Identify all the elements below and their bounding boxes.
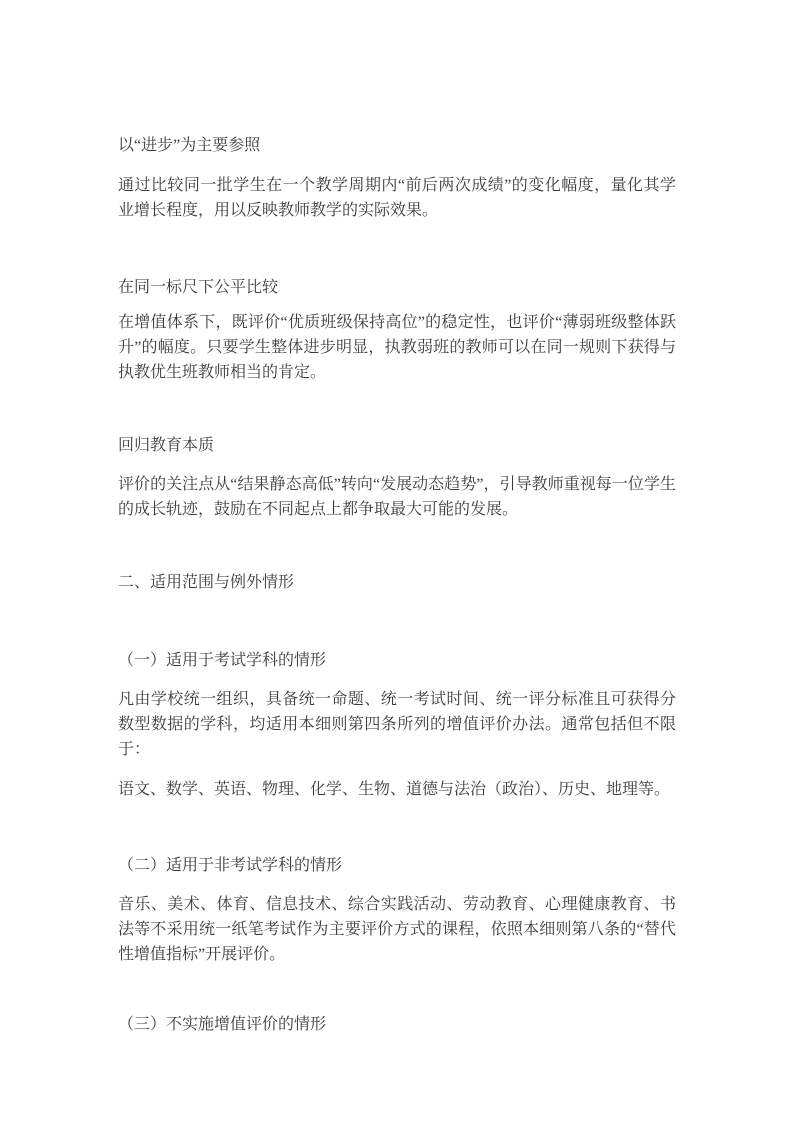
subheading-non-exam-subjects: （二）适用于非考试学科的情形 (118, 853, 676, 878)
paragraph-progress-description: 通过比较同一批学生在一个教学周期内“前后两次成绩”的变化幅度，量化其学业增长程度… (118, 173, 676, 223)
document-page: 以“进步”为主要参照 通过比较同一批学生在一个教学周期内“前后两次成绩”的变化幅… (0, 0, 793, 1122)
subheading-no-value-added-cases: （三）不实施增值评价的情形 (118, 1012, 676, 1037)
paragraph-exam-subjects-list: 语文、数学、英语、物理、化学、生物、道德与法治（政治）、历史、地理等。 (118, 777, 676, 802)
paragraph-exam-subjects-description: 凡由学校统一组织，具备统一命题、统一考试时间、统一评分标准且可获得分数型数据的学… (118, 687, 676, 762)
paragraph-fair-comparison-description: 在增值体系下，既评价“优质班级保持高位”的稳定性，也评价“薄弱班级整体跃升”的幅… (118, 310, 676, 385)
subheading-exam-subjects: （一）适用于考试学科的情形 (118, 648, 676, 673)
subheading-progress-reference: 以“进步”为主要参照 (118, 133, 676, 158)
paragraph-education-essence-description: 评价的关注点从“结果静态高低”转向“发展动态趋势”，引导教师重视每一位学生的成长… (118, 472, 676, 522)
section-heading-scope-and-exceptions: 二、适用范围与例外情形 (118, 570, 676, 595)
paragraph-non-exam-subjects-description: 音乐、美术、体育、信息技术、综合实践活动、劳动教育、心理健康教育、书法等不采用统… (118, 892, 676, 967)
subheading-fair-comparison: 在同一标尺下公平比较 (118, 275, 676, 300)
subheading-education-essence: 回归教育本质 (118, 433, 676, 458)
